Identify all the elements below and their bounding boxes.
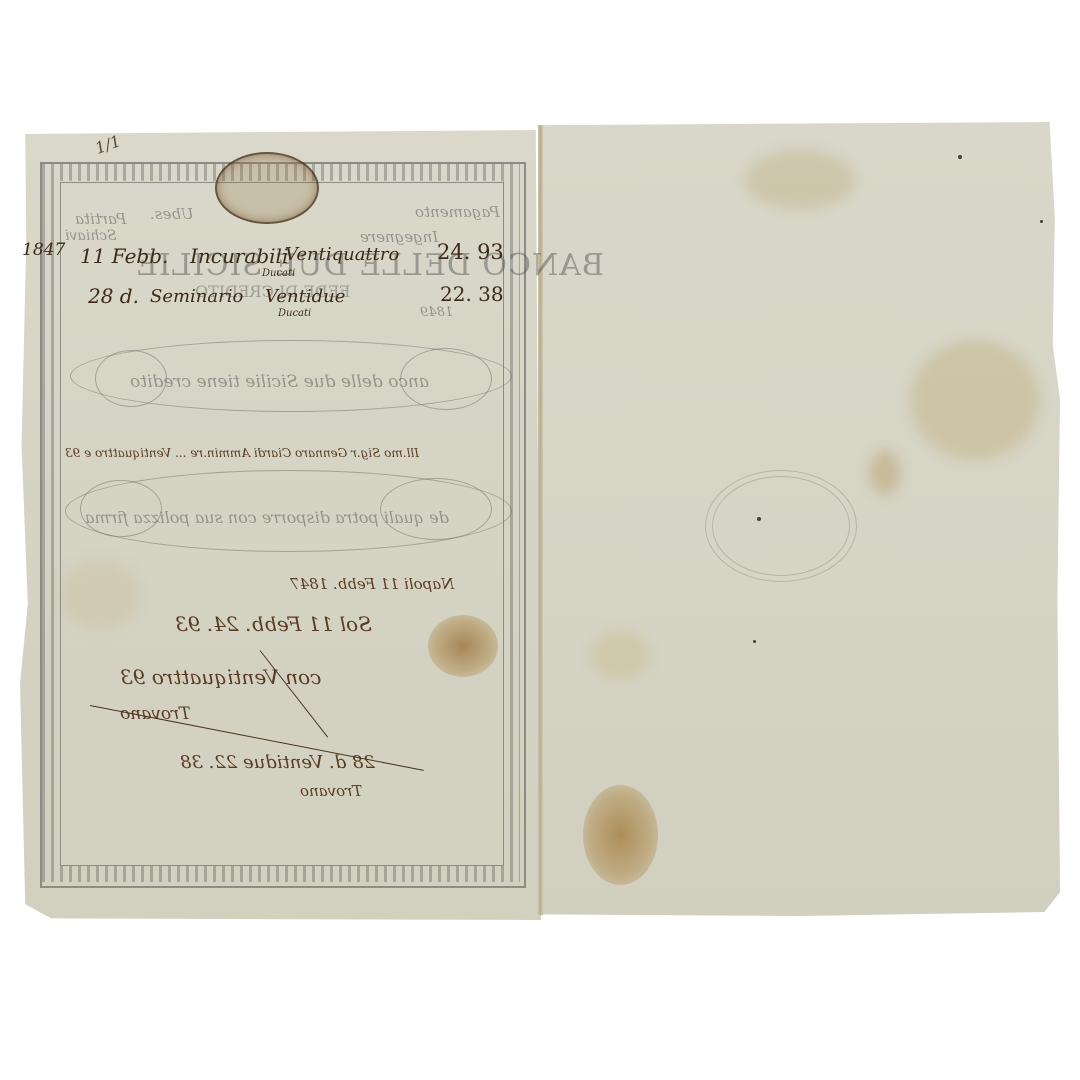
speck — [757, 517, 761, 521]
header-left-mirrored: Partita — [75, 210, 126, 228]
header-right3-mirrored: 1849 — [420, 305, 453, 320]
header-left2-mirrored: Schiavi — [65, 228, 117, 244]
stain — [590, 630, 650, 680]
speck — [1040, 220, 1043, 223]
entry-1-payee: Incurabili — [190, 244, 288, 268]
entry-1-amount-words: Ventiquattro — [285, 244, 399, 265]
body-line-2-mirrored: Ill.mo Sig.r Gennaro Ciardi Ammin.re ...… — [65, 446, 419, 460]
header-center-mirrored: Ubes. — [150, 205, 194, 223]
watermark — [712, 476, 850, 576]
speck — [753, 640, 756, 643]
signature-1-mirrored: con Ventiquattro 93 — [120, 665, 321, 689]
entry-1-amount: 24. 93 — [437, 240, 504, 264]
entry-1-date: 11 Febb. — [80, 244, 168, 268]
entry-1-note: Ducati — [262, 268, 295, 279]
bank-seal-right — [583, 785, 658, 885]
stain — [870, 450, 900, 495]
bank-seal-left — [428, 615, 498, 677]
date-mirrored: Napoli 11 Febb. 1847 — [290, 575, 454, 593]
fold-crease — [538, 125, 543, 915]
entry-2-note: Ducati — [278, 308, 311, 319]
signature-4-mirrored: Trovano — [300, 782, 362, 800]
body-line-1-mirrored: anco delle due Sicilie tiene credito — [130, 372, 429, 392]
stain — [745, 150, 855, 210]
stain — [910, 340, 1040, 460]
entry-year: 1847 — [22, 240, 65, 260]
speck — [958, 155, 962, 159]
entry-2-payee: Seminario — [150, 286, 243, 307]
amount-line-mirrored: Sol 11 Febb. 24. 93 — [175, 612, 372, 636]
ink-stamp-top — [215, 152, 319, 224]
header-right-mirrored: Pagamento — [415, 203, 500, 221]
entry-2-date: 28 d. — [88, 284, 139, 308]
body-line-3-mirrored: de quali potra disporre con sua polizza … — [85, 508, 449, 527]
entry-2-amount: 22. 38 — [440, 282, 504, 306]
entry-2-amount-words: Ventidue — [265, 286, 345, 307]
